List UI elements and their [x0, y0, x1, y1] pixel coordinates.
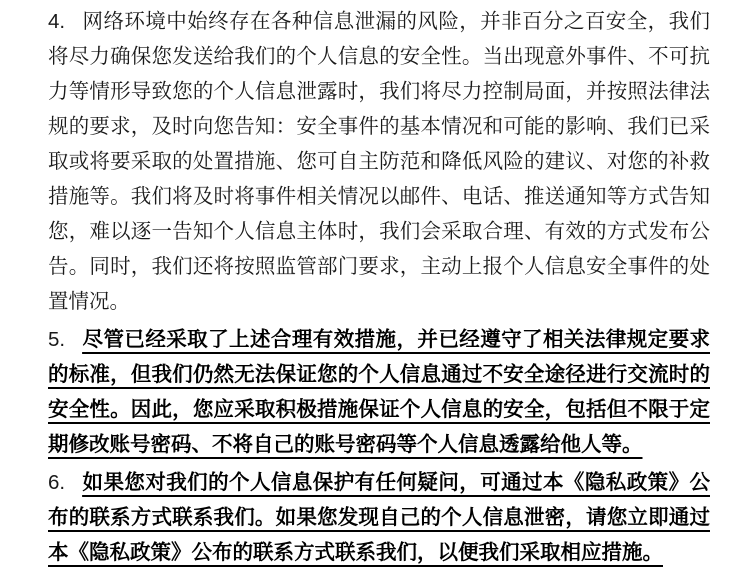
paragraph-5-text: 尽管已经采取了上述合理有效措施，并已经遵守了相关法律规定要求的标准，但我们仍然无… — [48, 328, 710, 456]
paragraph-4-number: 4. — [48, 4, 82, 39]
paragraph-5-number: 5. — [48, 322, 82, 357]
paragraph-6-number: 6. — [48, 465, 82, 500]
paragraph-6: 6.如果您对我们的个人信息保护有任何疑问，可通过本《隐私政策》公布的联系方式联系… — [48, 465, 710, 570]
privacy-policy-document: 4.网络环境中始终存在各种信息泄漏的风险，并非百分之百安全，我们将尽力确保您发送… — [0, 0, 750, 571]
paragraph-4: 4.网络环境中始终存在各种信息泄漏的风险，并非百分之百安全，我们将尽力确保您发送… — [48, 4, 710, 319]
paragraph-4-text: 网络环境中始终存在各种信息泄漏的风险，并非百分之百安全，我们将尽力确保您发送给我… — [48, 10, 710, 313]
paragraph-6-text: 如果您对我们的个人信息保护有任何疑问，可通过本《隐私政策》公布的联系方式联系我们… — [48, 471, 710, 564]
paragraph-5: 5.尽管已经采取了上述合理有效措施，并已经遵守了相关法律规定要求的标准，但我们仍… — [48, 322, 710, 462]
